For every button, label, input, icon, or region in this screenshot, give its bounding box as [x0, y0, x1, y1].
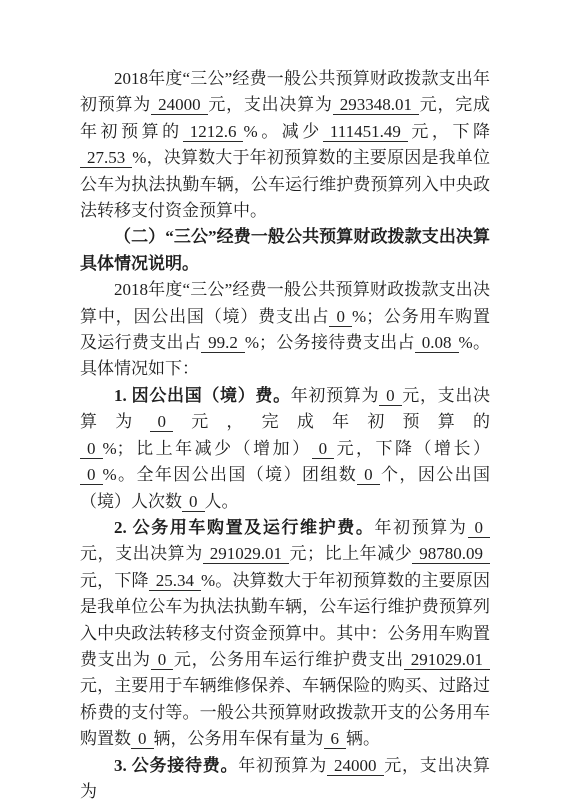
underlined-value: 0	[379, 386, 402, 406]
underlined-value: 0.08	[415, 333, 459, 353]
text-segment: %。全年因公出国（境）团组数	[103, 465, 358, 484]
text-segment: 元，支出决算为	[208, 95, 333, 114]
document-page: 2018年度“三公”经费一般公共预算财政拨款支出年初预算为24000元，支出决算…	[0, 0, 565, 800]
underlined-value: 291029.01	[203, 544, 289, 564]
underlined-value: 99.2	[201, 333, 245, 353]
text-segment: 辆，公务用车保有量为	[154, 729, 324, 748]
text-segment: 人。	[205, 492, 239, 511]
underlined-value: 27.53	[80, 148, 132, 168]
underlined-value: 25.34	[149, 571, 201, 591]
text-segment: 元；比上年减少	[289, 544, 412, 563]
item-1-overseas-trip-fee: 1. 因公出国（境）费。年初预算为0元，支出决算为0元，完成年初预算的0%；比上…	[80, 383, 490, 515]
underlined-value: 1212.6	[183, 122, 244, 142]
text-segment: 元，完成年初预算的	[173, 412, 490, 431]
bold-label: 1. 因公出国（境）费。	[114, 386, 291, 405]
bold-label: 3. 公务接待费。	[114, 756, 238, 775]
underlined-value: 0	[357, 465, 380, 485]
underlined-value: 0	[312, 439, 335, 459]
underlined-value: 291029.01	[404, 650, 490, 670]
underlined-value: 0	[80, 465, 103, 485]
text-segment: 元，支出决算为	[80, 544, 203, 563]
text-segment: 年初预算为	[291, 386, 379, 405]
heading-section-two: （二）“三公”经费一般公共预算财政拨款支出决算具体情况说明。	[80, 224, 490, 277]
underlined-value: 6	[324, 729, 347, 749]
underlined-value: 0	[329, 307, 352, 327]
text-segment: 元，公务用车运行维护费支出	[173, 650, 404, 669]
text-segment: 元，下降（增长）	[334, 439, 490, 458]
text-segment: 年初预算为	[238, 756, 327, 775]
paragraph-expense-breakdown: 2018年度“三公”经费一般公共预算财政拨款支出决算中，因公出国（境）费支出占0…	[80, 277, 490, 383]
bold-label: （二）“三公”经费一般公共预算财政拨款支出决算具体情况说明。	[80, 227, 490, 272]
text-segment: 元，下降	[408, 122, 490, 141]
underlined-value: 24000	[151, 95, 208, 115]
paragraph-budget-overview: 2018年度“三公”经费一般公共预算财政拨款支出年初预算为24000元，支出决算…	[80, 66, 490, 224]
underlined-value: 0	[150, 412, 173, 432]
text-segment: %，决算数大于年初预算数的主要原因是我单位公车为执法执勤车辆，公车运行维护费预算…	[80, 148, 490, 220]
underlined-value: 98780.09	[412, 544, 490, 564]
text-segment: %；比上年减少（增加）	[103, 439, 312, 458]
underlined-value: 0	[151, 650, 174, 670]
text-segment: %；公务接待费支出占	[245, 333, 415, 352]
underlined-value: 293348.01	[333, 95, 419, 115]
underlined-value: 111451.49	[323, 122, 408, 142]
bold-label: 2. 公务用车购置及运行维护费。	[114, 518, 374, 537]
text-segment: %。减少	[243, 122, 322, 141]
text-segment: 年初预算为	[374, 518, 467, 537]
underlined-value: 0	[468, 518, 491, 538]
text-segment: 辆。	[346, 729, 380, 748]
item-3-official-reception-fee: 3. 公务接待费。年初预算为24000元，支出决算为	[80, 753, 490, 800]
underlined-value: 0	[80, 439, 103, 459]
text-segment: 元，下降	[80, 571, 149, 590]
underlined-value: 24000	[327, 756, 384, 776]
underlined-value: 0	[182, 492, 205, 512]
underlined-value: 0	[131, 729, 154, 749]
item-2-official-vehicle-fee: 2. 公务用车购置及运行维护费。年初预算为0元，支出决算为291029.01元；…	[80, 515, 490, 753]
document-body: 2018年度“三公”经费一般公共预算财政拨款支出年初预算为24000元，支出决算…	[80, 66, 490, 800]
